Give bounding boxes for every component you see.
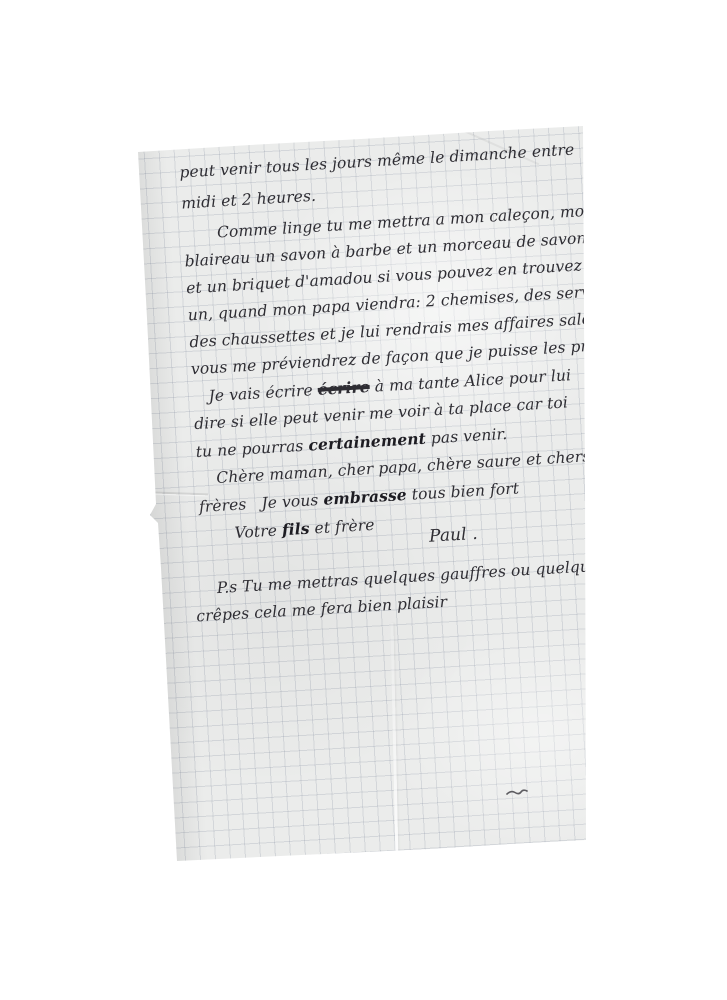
line-9-before: Je vais écrire [208, 381, 318, 405]
stray-ink-mark [506, 782, 528, 801]
line-13-before: frères Je vous [198, 491, 323, 516]
line-11-before: tu ne pourras [195, 437, 309, 462]
crossed-out-word: écrire [317, 377, 370, 399]
handwritten-text: peut venir tous les jours même le dimanc… [138, 115, 725, 632]
letter-sheet: peut venir tous les jours même le dimanc… [130, 118, 632, 870]
line-14-before: Votre [234, 521, 282, 542]
overwritten-word-certainement: certainement [308, 429, 427, 455]
overwritten-word-embrasse: embrasse [323, 485, 407, 509]
line-13-after: tous bien fort [406, 479, 519, 504]
line-11-after: pas venir. [425, 425, 507, 448]
overwritten-word-fils: fils [281, 519, 310, 540]
photo-background: peut venir tous les jours même le dimanc… [0, 0, 727, 1000]
line-14-after: et frère [309, 516, 375, 538]
